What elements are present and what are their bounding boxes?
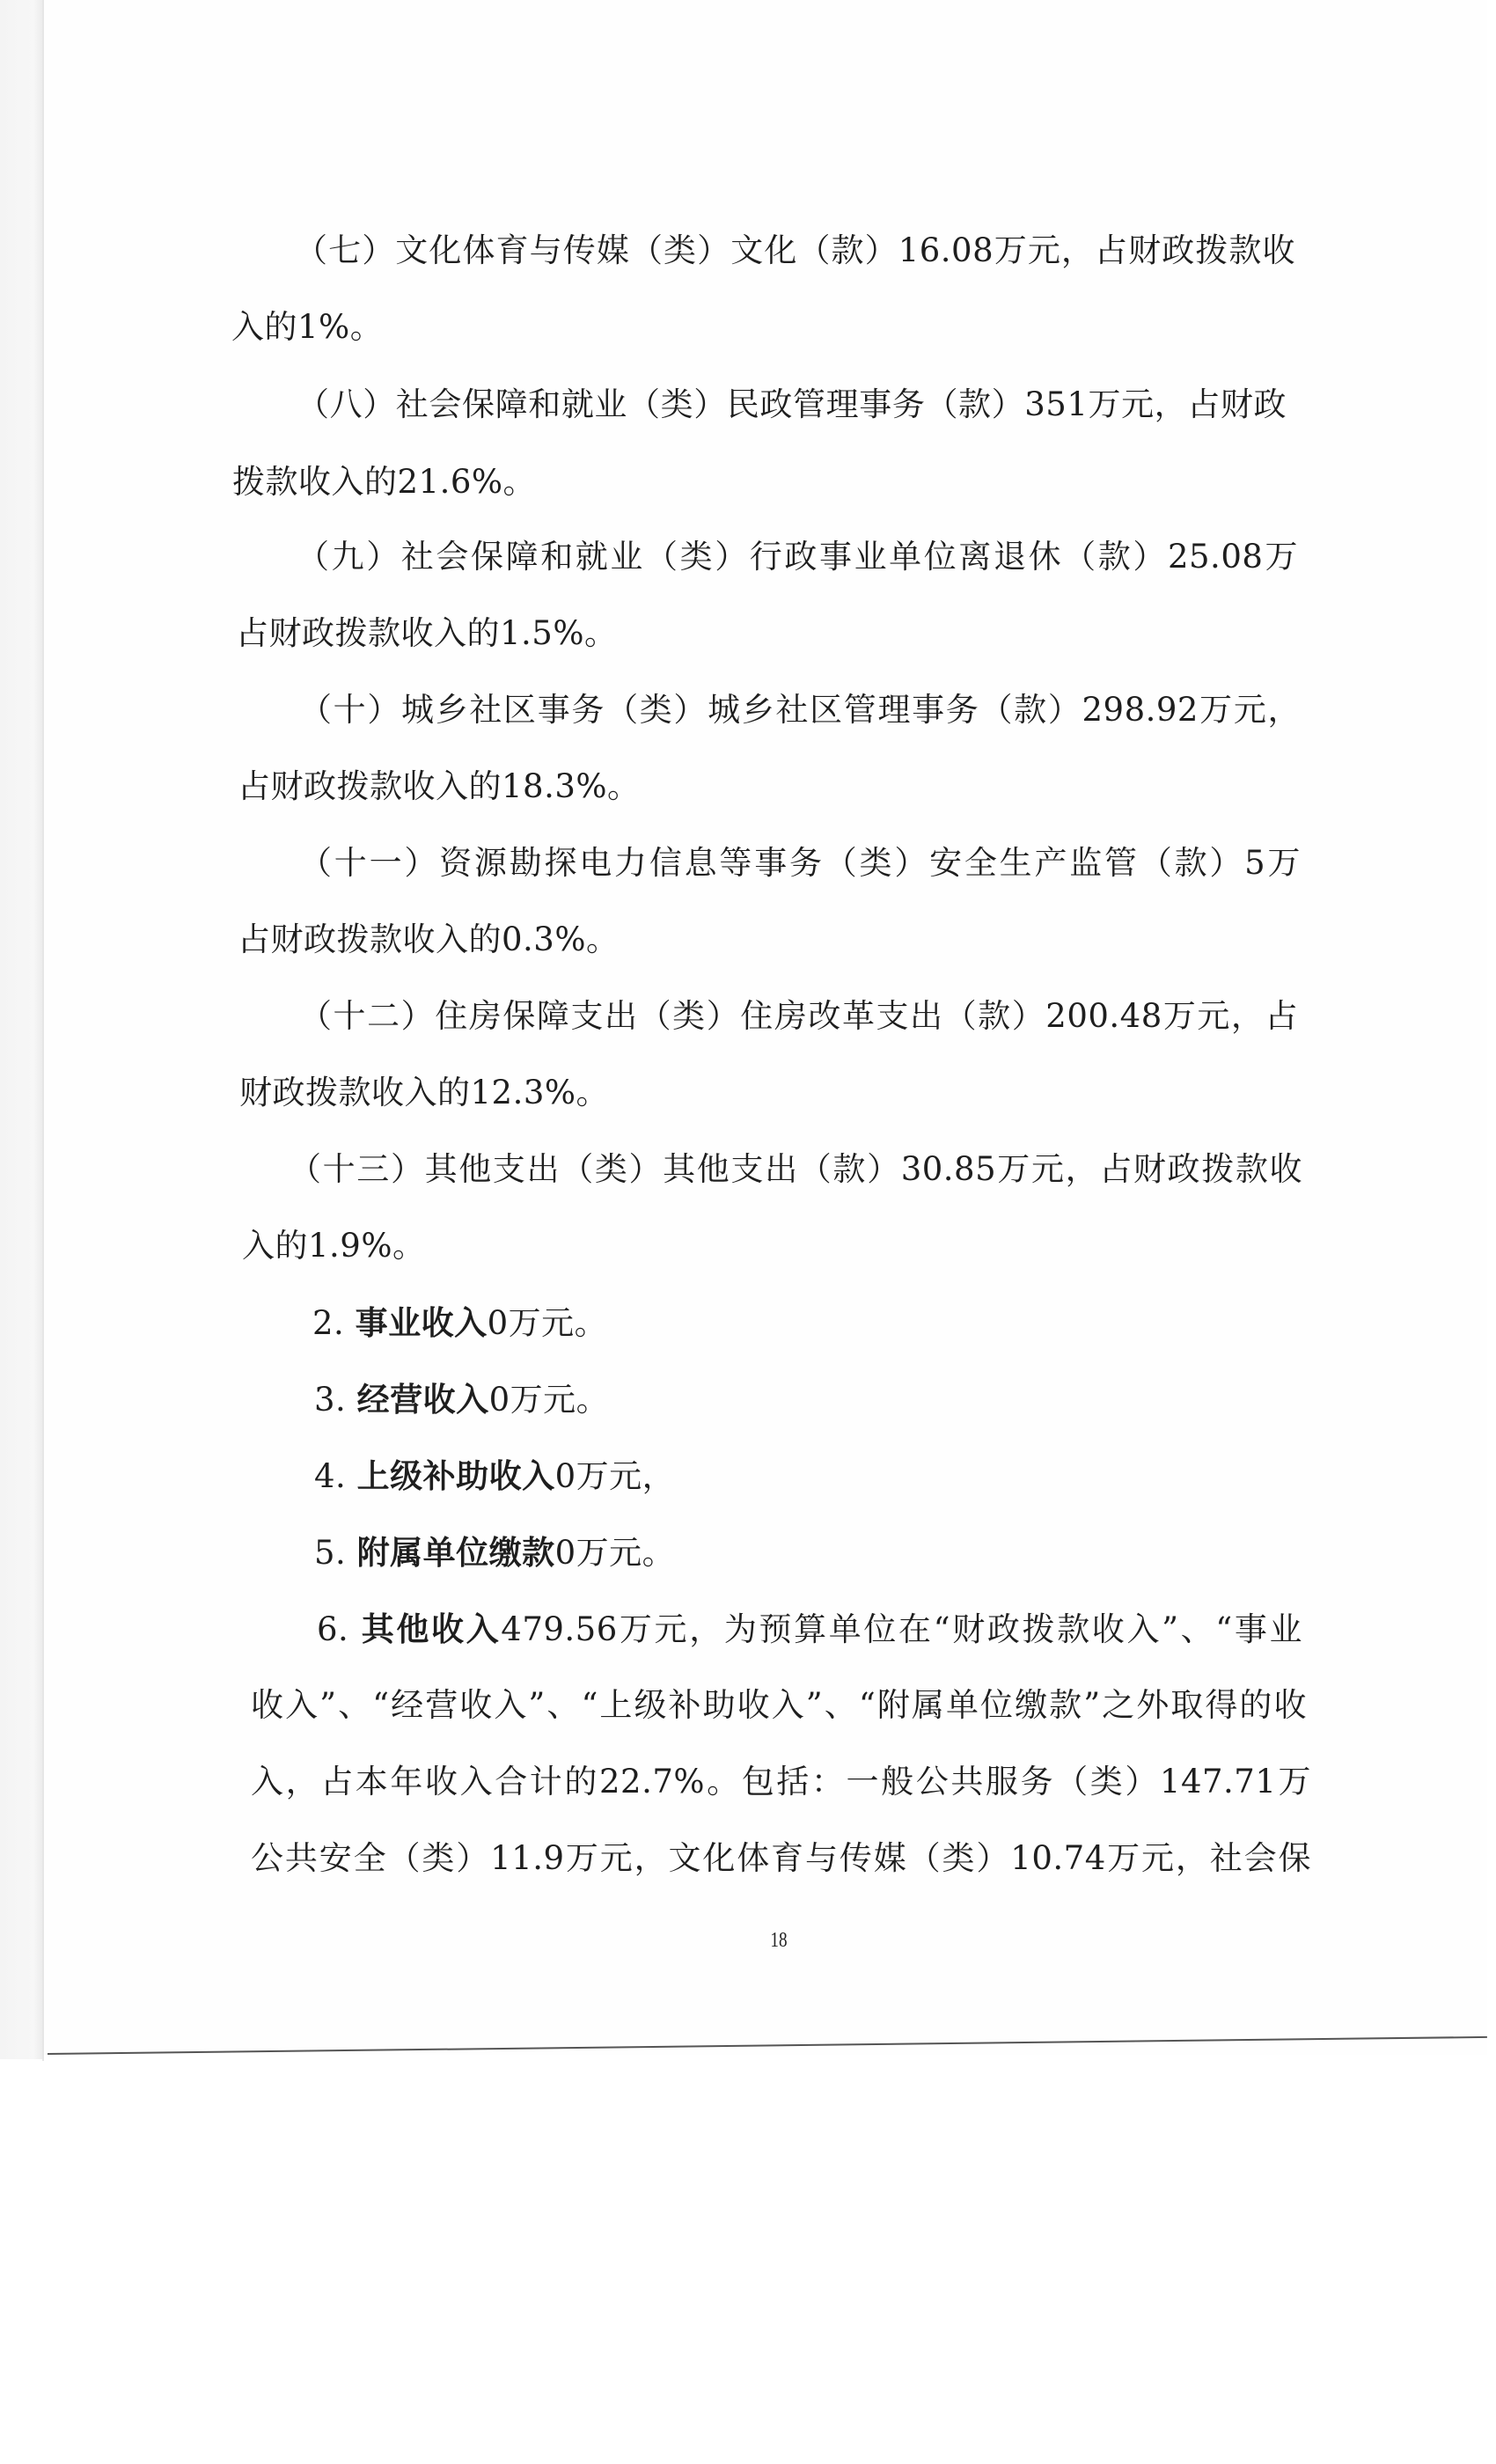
paragraph-11-line-1: （十一）资源勘探电力信息等事务（类）安全生产监管（款）5万元， (299, 843, 1301, 884)
item-5-affiliated-unit-payment: 5. 附属单位缴款0万元。 (314, 1532, 675, 1573)
paragraph-12-line-2: 财政拨款收入的12.3%。 (239, 1073, 609, 1113)
item-6-other-income-line-2: 收入”、“经营收入”、“上级补助收入”、“附属单位缴款”之外取得的收 (251, 1685, 1307, 1726)
item-value: 0万元。 (488, 1304, 608, 1342)
item-number: 4. (314, 1457, 357, 1495)
item-number: 2. (312, 1304, 356, 1342)
paragraph-7-line-2: 入的1%。 (231, 307, 383, 348)
item-3-operating-income: 3. 经营收入0万元。 (314, 1379, 609, 1419)
paragraph-11-line-2: 占财政拨款收入的0.3%。 (238, 920, 620, 960)
page-number: 18 (761, 1929, 796, 1952)
scan-margin (0, 0, 42, 2059)
text-segment: （十三）其他支出（类）其他支出（款）30.85万元，占财政拨款收 (289, 1150, 1302, 1188)
text-segment: （八）社会保障和就业（类）民政管理事务（款）351万元，占财政 (297, 385, 1287, 423)
text-segment: 入，占本年收入合计的22.7%。包括：一般公共服务（类）147.71万元， (251, 1763, 1311, 1802)
text-segment: 占财政拨款收入的18.3%。 (238, 767, 641, 805)
paragraph-13-line-1: （十三）其他支出（类）其他支出（款）30.85万元，占财政拨款收 (289, 1149, 1302, 1190)
item-label: 其他收入 (362, 1610, 502, 1648)
item-value: 0万元。 (555, 1534, 676, 1572)
text-segment: （十一）资源勘探电力信息等事务（类）安全生产监管（款）5万元， (299, 844, 1301, 884)
item-2-business-income: 2. 事业收入0万元。 (312, 1302, 607, 1343)
paragraph-9-line-2: 占财政拨款收入的1.5%。 (236, 613, 618, 654)
paragraph-12-line-1: （十二）住房保障支出（类）住房改革支出（款）200.48万元，占 (299, 996, 1298, 1037)
text-segment: （九）社会保障和就业（类）行政事业单位离退休（款）25.08万元， (297, 538, 1298, 577)
text-segment: 拨款收入的21.6%。 (232, 463, 536, 501)
item-6-other-income-line-4: 公共安全（类）11.9万元，文化体育与传媒（类）10.74万元，社会保 (251, 1838, 1311, 1879)
text-segment: 入的1%。 (231, 308, 383, 346)
text-segment: 入的1.9%。 (242, 1227, 426, 1265)
item-value: 0万元。 (489, 1381, 610, 1419)
paragraph-8-line-1: （八）社会保障和就业（类）民政管理事务（款）351万元，占财政 (297, 385, 1287, 425)
item-label: 上级补助收入 (357, 1456, 555, 1495)
text-segment: 财政拨款收入的12.3%。 (239, 1074, 609, 1111)
item-number: 5. (314, 1534, 357, 1572)
item-label: 事业收入 (356, 1303, 488, 1342)
item-number: 6. (317, 1610, 362, 1648)
item-label: 经营收入 (357, 1380, 489, 1419)
item-label: 附属单位缴款 (357, 1533, 555, 1572)
text-segment: 公共安全（类）11.9万元，文化体育与传媒（类）10.74万元，社会保 (251, 1839, 1311, 1877)
item-number: 3. (314, 1381, 357, 1419)
item-4-superior-subsidy-income: 4. 上级补助收入0万元， (314, 1456, 675, 1496)
paragraph-7-line-1: （七）文化体育与传媒（类）文化（款）16.08万元，占财政拨款收 (295, 231, 1295, 271)
item-6-other-income-line-1: 6. 其他收入479.56万元，为预算单位在“财政拨款收入”、“事业 (317, 1609, 1302, 1649)
paragraph-13-line-2: 入的1.9%。 (242, 1226, 426, 1266)
item-6-other-income-line-3: 入，占本年收入合计的22.7%。包括：一般公共服务（类）147.71万元， (251, 1762, 1311, 1802)
text-segment: （七）文化体育与传媒（类）文化（款）16.08万元，占财政拨款收 (295, 231, 1295, 269)
text-segment: （十二）住房保障支出（类）住房改革支出（款）200.48万元，占 (299, 997, 1298, 1035)
text-segment: 收入”、“经营收入”、“上级补助收入”、“附属单位缴款”之外取得的收 (251, 1686, 1307, 1724)
text-segment: （十）城乡社区事务（类）城乡社区管理事务（款）298.92万元， (299, 691, 1301, 729)
paragraph-9-line-1: （九）社会保障和就业（类）行政事业单位离退休（款）25.08万元， (297, 537, 1298, 577)
paragraph-10-line-1: （十）城乡社区事务（类）城乡社区管理事务（款）298.92万元， (299, 690, 1301, 730)
text-segment: 占财政拨款收入的0.3%。 (238, 920, 620, 958)
paragraph-8-line-2: 拨款收入的21.6%。 (232, 462, 536, 502)
item-value: 0万元， (555, 1457, 676, 1495)
item-value: 479.56万元，为预算单位在“财政拨款收入”、“事业 (501, 1610, 1302, 1648)
paragraph-10-line-2: 占财政拨款收入的18.3%。 (238, 766, 641, 807)
text-segment: 占财政拨款收入的1.5%。 (236, 614, 618, 652)
